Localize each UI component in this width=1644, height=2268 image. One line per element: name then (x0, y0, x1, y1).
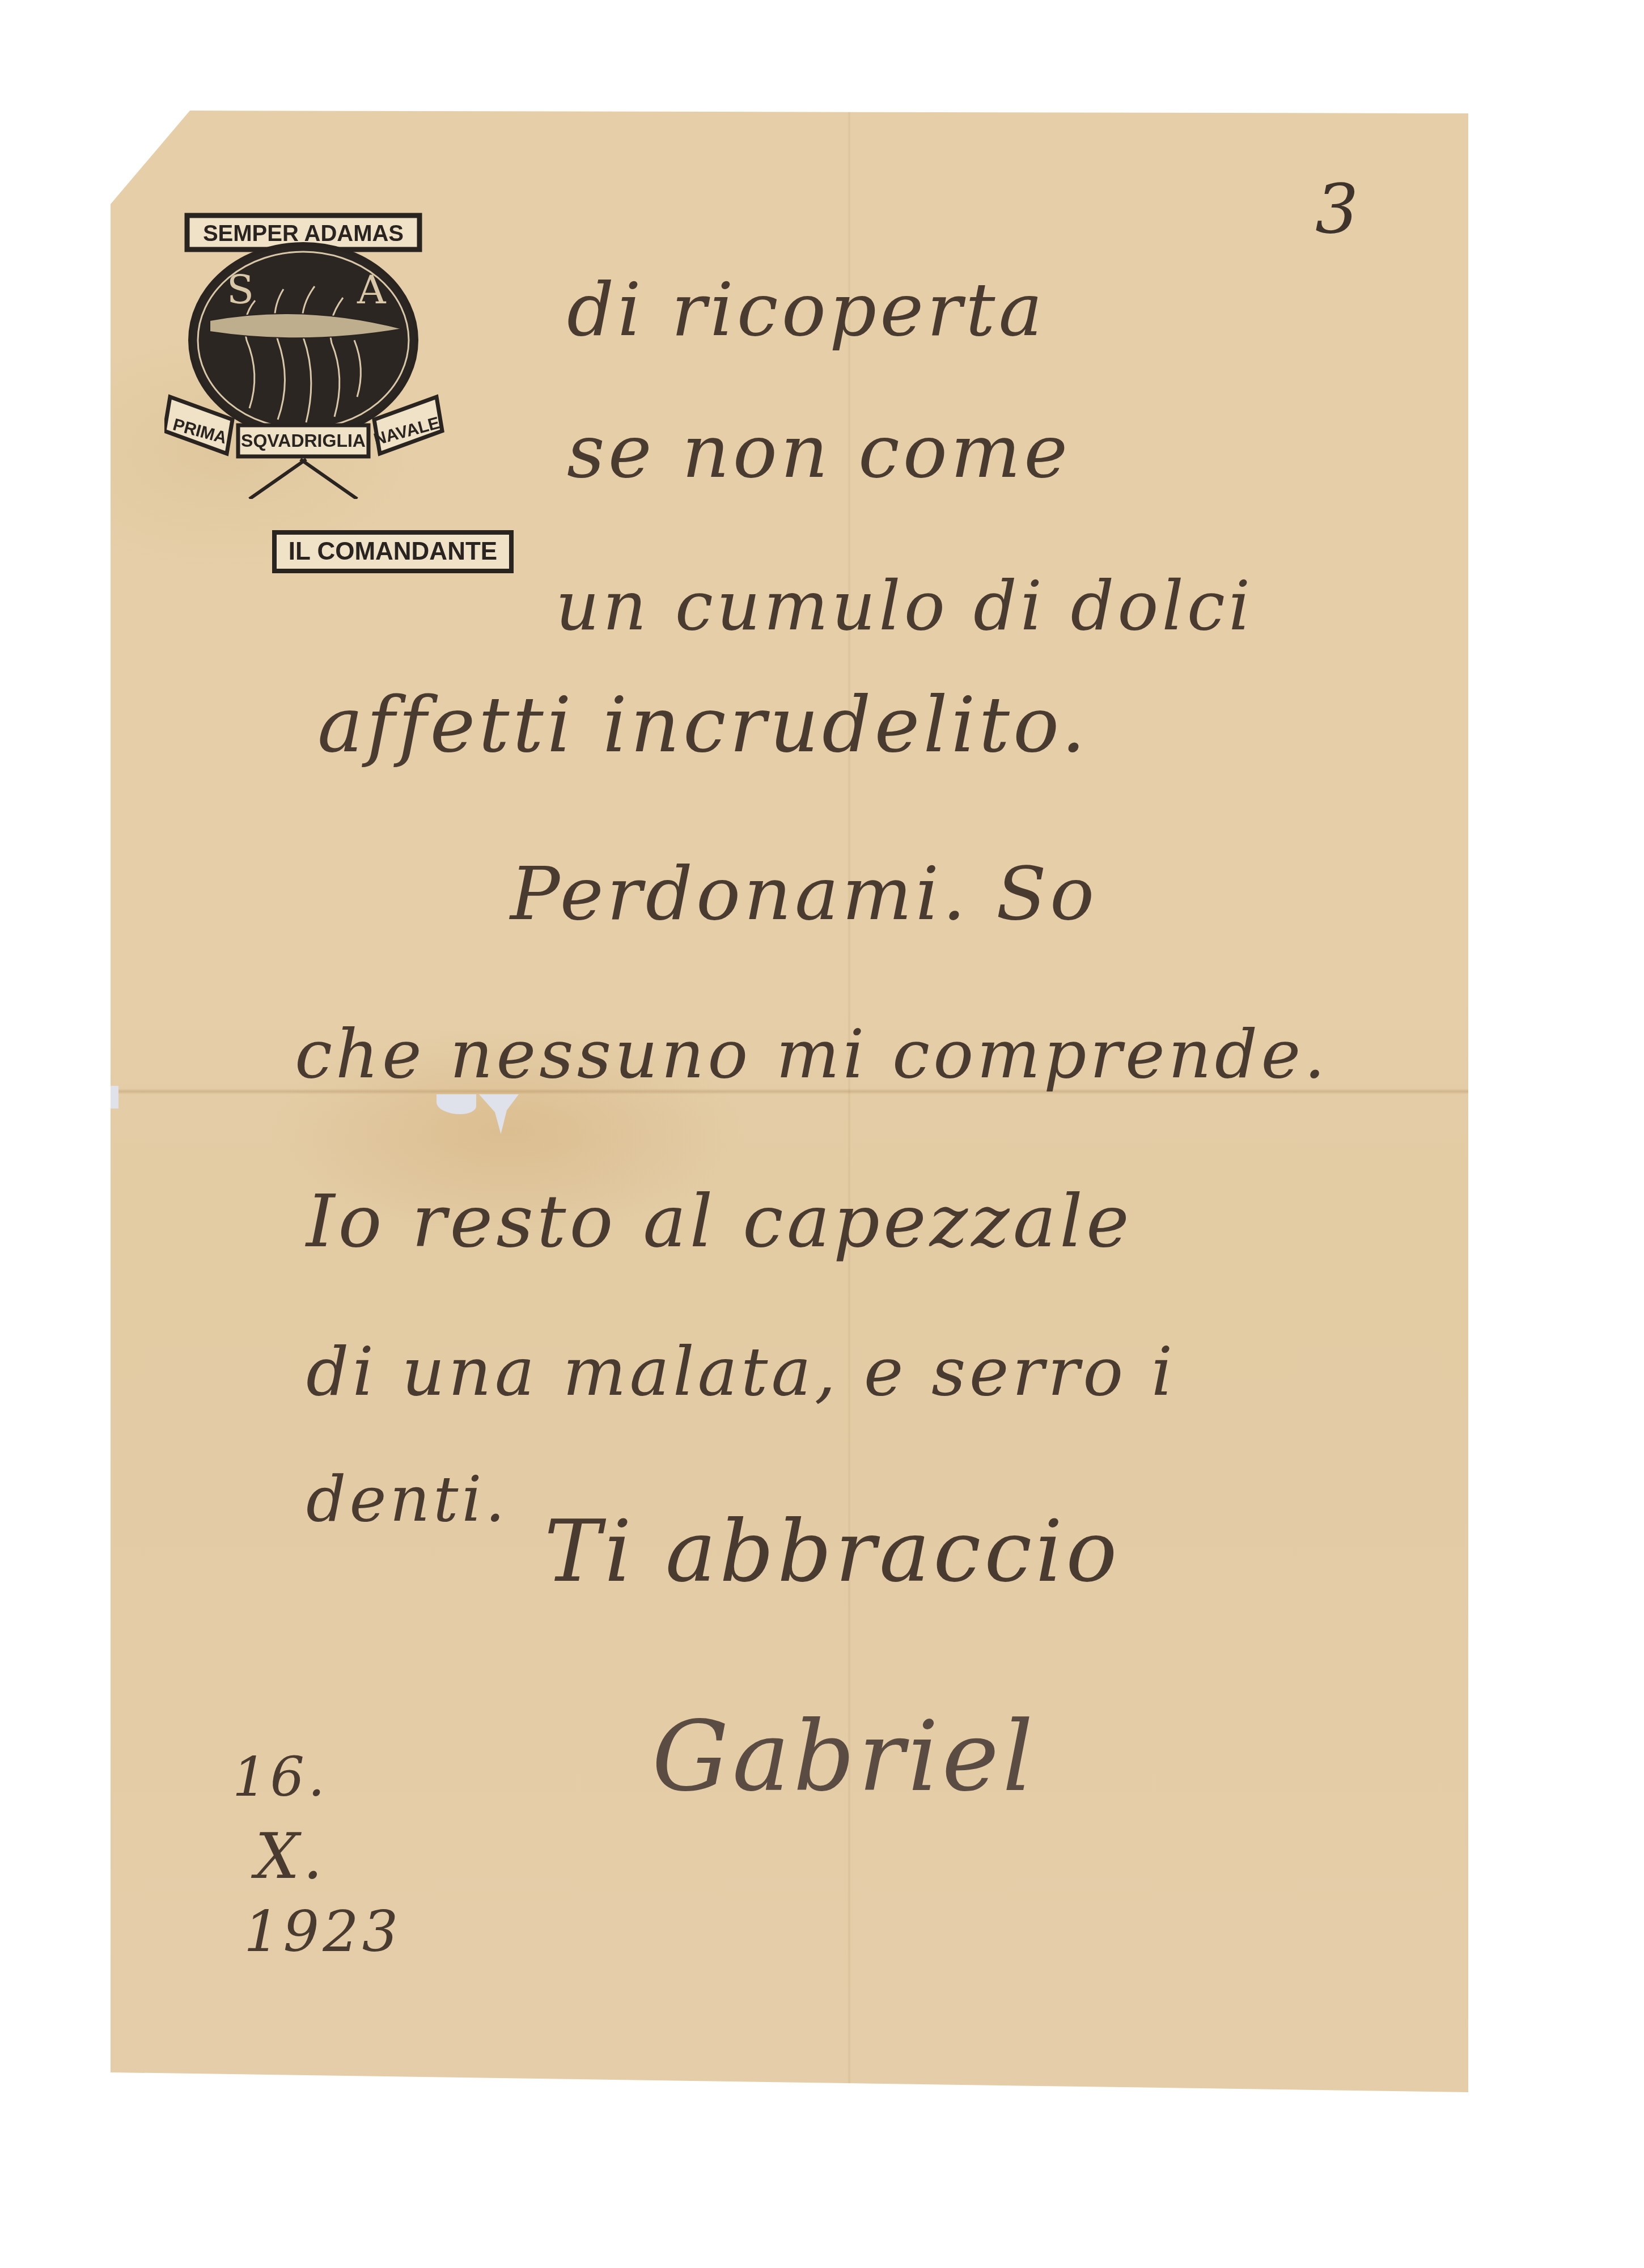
date-day: 16. (232, 1746, 391, 1809)
paper-tear (437, 1094, 476, 1114)
letter-line: se non come (567, 408, 1071, 494)
letter-line: di una malata, e serro i (306, 1332, 1176, 1411)
date-year: 1923 (244, 1898, 402, 1965)
letterhead-emblem: S A SEMPER ADAMAS PRIMA SQVADRIGLIA NAVA… (164, 102, 448, 499)
letter-line: Ti abbraccio (544, 1503, 1121, 1601)
letter-line: di ricoperta (567, 266, 1046, 353)
signature: Gabriel (652, 1701, 1037, 1813)
date-month: X. (255, 1820, 413, 1893)
letter-line: che nessuno mi comprende. (295, 1015, 1329, 1093)
letter-line: Io resto al capezzale (306, 1179, 1133, 1264)
svg-text:SEMPER ADAMAS: SEMPER ADAMAS (203, 221, 404, 246)
letter-line: affetti incrudelito. (317, 680, 1089, 769)
paper-tear (479, 1094, 519, 1134)
letter-line: un cumulo di dolci (556, 567, 1253, 646)
paper-tear (111, 1086, 118, 1108)
letter-date: 16. X. 1923 (232, 1746, 391, 1948)
letter-line: Perdonami. So (510, 850, 1098, 937)
svg-text:SQVADRIGLIA: SQVADRIGLIA (241, 430, 366, 451)
letter-line: denti. (306, 1463, 509, 1535)
letterhead-title-plate: IL COMANDANTE (272, 530, 514, 573)
squadron-emblem-icon: S A SEMPER ADAMAS PRIMA SQVADRIGLIA NAVA… (164, 102, 448, 499)
letterhead-title: IL COMANDANTE (289, 538, 497, 566)
page-number: 3 (1315, 170, 1358, 249)
svg-text:S: S (227, 266, 254, 313)
svg-text:A: A (357, 266, 387, 313)
